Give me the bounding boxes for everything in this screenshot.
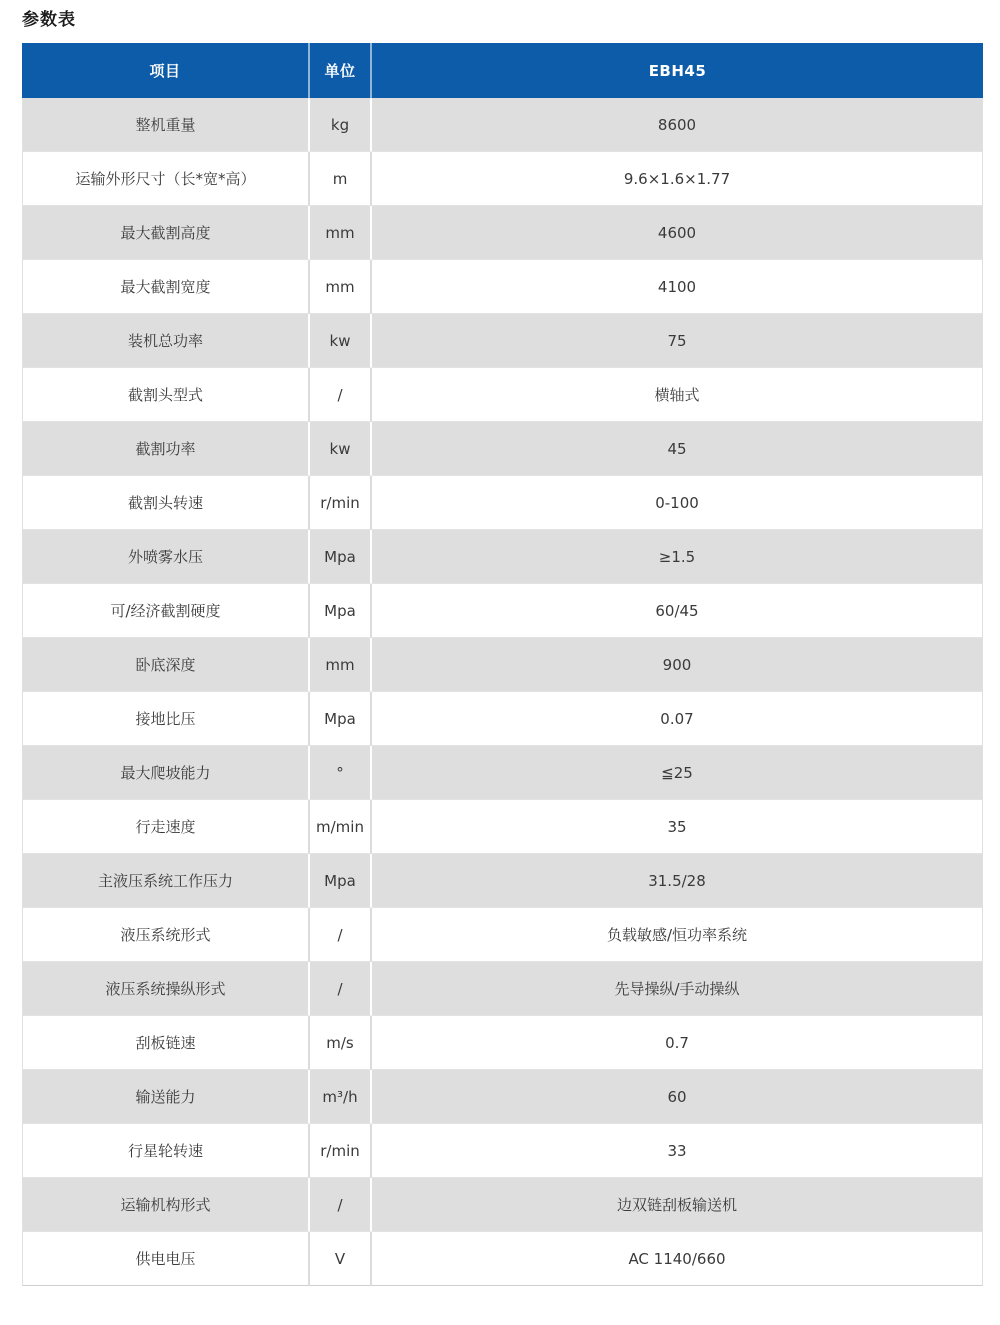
- table-row: 行走速度 m/min 35: [22, 800, 983, 854]
- item-cell: 液压系统形式: [22, 908, 310, 962]
- value-cell: AC 1140/660: [372, 1232, 983, 1286]
- page: 参数表 项目 单位 EBH45 整机重量 kg 8600 运输外形尺寸（长*宽*…: [0, 0, 1000, 1325]
- unit-cell: m/s: [310, 1016, 372, 1070]
- item-cell: 可/经济截割硬度: [22, 584, 310, 638]
- table-row: 整机重量 kg 8600: [22, 98, 983, 152]
- value-cell: 60: [372, 1070, 983, 1124]
- value-cell: 横轴式: [372, 368, 983, 422]
- value-cell: 4100: [372, 260, 983, 314]
- table-row: 液压系统操纵形式 / 先导操纵/手动操纵: [22, 962, 983, 1016]
- item-cell: 截割头型式: [22, 368, 310, 422]
- table-row: 最大截割宽度 mm 4100: [22, 260, 983, 314]
- item-cell: 输送能力: [22, 1070, 310, 1124]
- table-row: 最大截割高度 mm 4600: [22, 206, 983, 260]
- unit-cell: /: [310, 962, 372, 1016]
- item-cell: 行走速度: [22, 800, 310, 854]
- item-cell: 供电电压: [22, 1232, 310, 1286]
- table-row: 最大爬坡能力 ° ≦25: [22, 746, 983, 800]
- item-cell: 最大截割高度: [22, 206, 310, 260]
- unit-cell: V: [310, 1232, 372, 1286]
- item-cell: 主液压系统工作压力: [22, 854, 310, 908]
- header-cell-model: EBH45: [372, 43, 983, 98]
- item-cell: 接地比压: [22, 692, 310, 746]
- item-cell: 液压系统操纵形式: [22, 962, 310, 1016]
- page-title: 参数表: [22, 8, 983, 32]
- table-row: 主液压系统工作压力 Mpa 31.5/28: [22, 854, 983, 908]
- unit-cell: /: [310, 908, 372, 962]
- table-row: 输送能力 m³/h 60: [22, 1070, 983, 1124]
- item-cell: 运输外形尺寸（长*宽*高）: [22, 152, 310, 206]
- spec-table: 项目 单位 EBH45 整机重量 kg 8600 运输外形尺寸（长*宽*高） m…: [22, 43, 983, 1286]
- value-cell: 先导操纵/手动操纵: [372, 962, 983, 1016]
- item-cell: 外喷雾水压: [22, 530, 310, 584]
- spec-table-body: 整机重量 kg 8600 运输外形尺寸（长*宽*高） m 9.6×1.6×1.7…: [22, 98, 983, 1286]
- unit-cell: mm: [310, 206, 372, 260]
- item-cell: 最大截割宽度: [22, 260, 310, 314]
- item-cell: 运输机构形式: [22, 1178, 310, 1232]
- unit-cell: mm: [310, 638, 372, 692]
- value-cell: 4600: [372, 206, 983, 260]
- value-cell: 0-100: [372, 476, 983, 530]
- unit-cell: m: [310, 152, 372, 206]
- table-row: 接地比压 Mpa 0.07: [22, 692, 983, 746]
- item-cell: 截割功率: [22, 422, 310, 476]
- value-cell: 负载敏感/恒功率系统: [372, 908, 983, 962]
- unit-cell: kg: [310, 98, 372, 152]
- value-cell: ≦25: [372, 746, 983, 800]
- table-row: 液压系统形式 / 负载敏感/恒功率系统: [22, 908, 983, 962]
- table-row: 供电电压 V AC 1140/660: [22, 1232, 983, 1286]
- value-cell: 9.6×1.6×1.77: [372, 152, 983, 206]
- table-row: 可/经济截割硬度 Mpa 60/45: [22, 584, 983, 638]
- value-cell: 900: [372, 638, 983, 692]
- table-row: 装机总功率 kw 75: [22, 314, 983, 368]
- item-cell: 刮板链速: [22, 1016, 310, 1070]
- header-cell-unit: 单位: [310, 43, 372, 98]
- value-cell: 0.07: [372, 692, 983, 746]
- unit-cell: kw: [310, 422, 372, 476]
- unit-cell: Mpa: [310, 530, 372, 584]
- table-row: 外喷雾水压 Mpa ≥1.5: [22, 530, 983, 584]
- value-cell: 35: [372, 800, 983, 854]
- table-row: 截割头转速 r/min 0-100: [22, 476, 983, 530]
- table-row: 卧底深度 mm 900: [22, 638, 983, 692]
- value-cell: 31.5/28: [372, 854, 983, 908]
- unit-cell: kw: [310, 314, 372, 368]
- spec-table-header: 项目 单位 EBH45: [22, 43, 983, 98]
- header-row: 项目 单位 EBH45: [22, 43, 983, 98]
- unit-cell: Mpa: [310, 692, 372, 746]
- value-cell: 8600: [372, 98, 983, 152]
- table-row: 截割头型式 / 横轴式: [22, 368, 983, 422]
- item-cell: 行星轮转速: [22, 1124, 310, 1178]
- table-row: 行星轮转速 r/min 33: [22, 1124, 983, 1178]
- item-cell: 整机重量: [22, 98, 310, 152]
- value-cell: 45: [372, 422, 983, 476]
- unit-cell: m/min: [310, 800, 372, 854]
- item-cell: 截割头转速: [22, 476, 310, 530]
- unit-cell: /: [310, 368, 372, 422]
- table-row: 截割功率 kw 45: [22, 422, 983, 476]
- unit-cell: Mpa: [310, 854, 372, 908]
- value-cell: ≥1.5: [372, 530, 983, 584]
- value-cell: 60/45: [372, 584, 983, 638]
- value-cell: 75: [372, 314, 983, 368]
- item-cell: 卧底深度: [22, 638, 310, 692]
- unit-cell: /: [310, 1178, 372, 1232]
- item-cell: 装机总功率: [22, 314, 310, 368]
- value-cell: 边双链刮板输送机: [372, 1178, 983, 1232]
- value-cell: 0.7: [372, 1016, 983, 1070]
- value-cell: 33: [372, 1124, 983, 1178]
- table-row: 运输外形尺寸（长*宽*高） m 9.6×1.6×1.77: [22, 152, 983, 206]
- unit-cell: mm: [310, 260, 372, 314]
- table-row: 运输机构形式 / 边双链刮板输送机: [22, 1178, 983, 1232]
- table-row: 刮板链速 m/s 0.7: [22, 1016, 983, 1070]
- unit-cell: r/min: [310, 1124, 372, 1178]
- unit-cell: m³/h: [310, 1070, 372, 1124]
- unit-cell: Mpa: [310, 584, 372, 638]
- unit-cell: r/min: [310, 476, 372, 530]
- unit-cell: °: [310, 746, 372, 800]
- header-cell-item: 项目: [22, 43, 310, 98]
- item-cell: 最大爬坡能力: [22, 746, 310, 800]
